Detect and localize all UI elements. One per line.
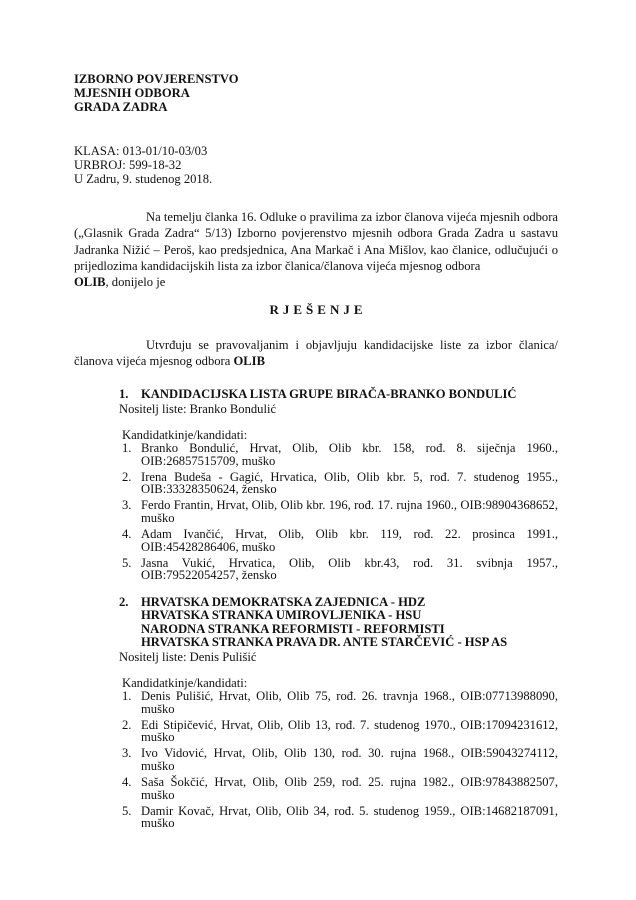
candidate-details: Damir Kovač, Hrvat, Olib, Olib 34, rođ. … bbox=[141, 805, 558, 830]
preamble-paragraph: Na temelju članka 16. Odluke o pravilima… bbox=[74, 209, 558, 290]
list-holder: Nositelj liste: Denis Pulišić bbox=[119, 650, 559, 664]
candidate-details: Adam Ivančić, Hrvat, Olib, Olib kbr. 119… bbox=[141, 528, 558, 553]
issuer-header: IZBORNO POVJERENSTVO MJESNIH ODBORA GRAD… bbox=[74, 72, 239, 114]
section-title-line: NARODNA STRANKA REFORMISTI - REFORMISTI bbox=[141, 623, 507, 636]
candidate-item: 2.Irena Budeša - Gagić, Hrvatica, Olib, … bbox=[122, 471, 559, 496]
candidate-details: Denis Pulišić, Hrvat, Olib, Olib 75, rođ… bbox=[141, 690, 558, 715]
candidate-number: 2. bbox=[122, 719, 141, 744]
candidate-list-section: 2. HRVATSKA DEMOKRATSKA ZAJEDNICA - HDZ … bbox=[119, 596, 559, 833]
preamble-tail: , donijelo je bbox=[106, 275, 166, 289]
document-page: IZBORNO POVJERENSTVO MJESNIH ODBORA GRAD… bbox=[0, 0, 636, 900]
candidate-details: Ivo Vidović, Hrvat, Olib, Olib 130, rođ.… bbox=[141, 747, 558, 772]
candidates-label: Kandidatkinje/kandidati: bbox=[122, 428, 559, 442]
issuer-line: GRADA ZADRA bbox=[74, 100, 239, 114]
candidate-item: 4.Adam Ivančić, Hrvat, Olib, Olib kbr. 1… bbox=[122, 528, 559, 553]
candidate-details: Ferdo Frantin, Hrvat, Olib, Olib kbr. 19… bbox=[141, 499, 558, 524]
candidates-label: Kandidatkinje/kandidati: bbox=[122, 676, 559, 690]
decision-text: Utvrđuju se pravovaljanim i objavljuju k… bbox=[74, 338, 558, 368]
candidate-number: 3. bbox=[122, 499, 141, 524]
section-heading: 2. HRVATSKA DEMOKRATSKA ZAJEDNICA - HDZ … bbox=[119, 596, 559, 649]
preamble-text: Na temelju članka 16. Odluke o pravilima… bbox=[74, 210, 558, 273]
document-title: RJEŠENJE bbox=[0, 302, 636, 318]
list-holder: Nositelj liste: Branko Bondulić bbox=[119, 402, 559, 416]
section-title-line: HRVATSKA STRANKA PRAVA DR. ANTE STARČEVI… bbox=[141, 636, 507, 649]
urbroj: URBROJ: 599-18-32 bbox=[74, 158, 212, 172]
candidate-details: Saša Šokčić, Hrvat, Olib, Olib 259, rođ.… bbox=[141, 776, 558, 801]
issuer-line: IZBORNO POVJERENSTVO bbox=[74, 72, 239, 86]
candidates-list: 1.Branko Bondulić, Hrvat, Olib, Olib kbr… bbox=[122, 442, 559, 582]
candidate-item: 3.Ivo Vidović, Hrvat, Olib, Olib 130, ro… bbox=[122, 747, 559, 772]
document-meta: KLASA: 013-01/10-03/03 URBROJ: 599-18-32… bbox=[74, 144, 212, 186]
decision-bold-name: OLIB bbox=[233, 354, 265, 368]
candidate-number: 4. bbox=[122, 528, 141, 553]
section-title-line: HRVATSKA DEMOKRATSKA ZAJEDNICA - HDZ bbox=[141, 596, 507, 609]
section-heading: 1. KANDIDACIJSKA LISTA GRUPE BIRAČA-BRAN… bbox=[119, 388, 559, 401]
candidate-item: 1.Branko Bondulić, Hrvat, Olib, Olib kbr… bbox=[122, 442, 559, 467]
section-number: 2. bbox=[119, 596, 141, 649]
preamble-bold-name: OLIB bbox=[74, 275, 106, 289]
candidate-item: 1.Denis Pulišić, Hrvat, Olib, Olib 75, r… bbox=[122, 690, 559, 715]
candidate-item: 5.Jasna Vukić, Hrvatica, Olib, Olib kbr.… bbox=[122, 557, 559, 582]
candidate-number: 2. bbox=[122, 471, 141, 496]
candidate-number: 4. bbox=[122, 776, 141, 801]
candidate-number: 3. bbox=[122, 747, 141, 772]
candidate-number: 1. bbox=[122, 690, 141, 715]
decision-paragraph: Utvrđuju se pravovaljanim i objavljuju k… bbox=[74, 337, 558, 370]
klasa: KLASA: 013-01/10-03/03 bbox=[74, 144, 212, 158]
candidate-list-section: 1. KANDIDACIJSKA LISTA GRUPE BIRAČA-BRAN… bbox=[119, 388, 559, 585]
candidate-item: 5.Damir Kovač, Hrvat, Olib, Olib 34, rođ… bbox=[122, 805, 559, 830]
candidate-details: Edi Stipičević, Hrvat, Olib, Olib 13, ro… bbox=[141, 719, 558, 744]
candidate-item: 4.Saša Šokčić, Hrvat, Olib, Olib 259, ro… bbox=[122, 776, 559, 801]
candidate-number: 1. bbox=[122, 442, 141, 467]
candidate-details: Branko Bondulić, Hrvat, Olib, Olib kbr. … bbox=[141, 442, 558, 467]
candidate-details: Jasna Vukić, Hrvatica, Olib, Olib kbr.43… bbox=[141, 557, 558, 582]
section-title-line: KANDIDACIJSKA LISTA GRUPE BIRAČA-BRANKO … bbox=[141, 388, 517, 401]
candidate-item: 2.Edi Stipičević, Hrvat, Olib, Olib 13, … bbox=[122, 719, 559, 744]
candidate-number: 5. bbox=[122, 805, 141, 830]
section-number: 1. bbox=[119, 388, 141, 401]
section-title-line: HRVATSKA STRANKA UMIROVLJENIKA - HSU bbox=[141, 609, 507, 622]
candidate-details: Irena Budeša - Gagić, Hrvatica, Olib, Ol… bbox=[141, 471, 558, 496]
candidate-number: 5. bbox=[122, 557, 141, 582]
place-date: U Zadru, 9. studenog 2018. bbox=[74, 172, 212, 186]
candidate-item: 3.Ferdo Frantin, Hrvat, Olib, Olib kbr. … bbox=[122, 499, 559, 524]
issuer-line: MJESNIH ODBORA bbox=[74, 86, 239, 100]
candidates-list: 1.Denis Pulišić, Hrvat, Olib, Olib 75, r… bbox=[122, 690, 559, 830]
